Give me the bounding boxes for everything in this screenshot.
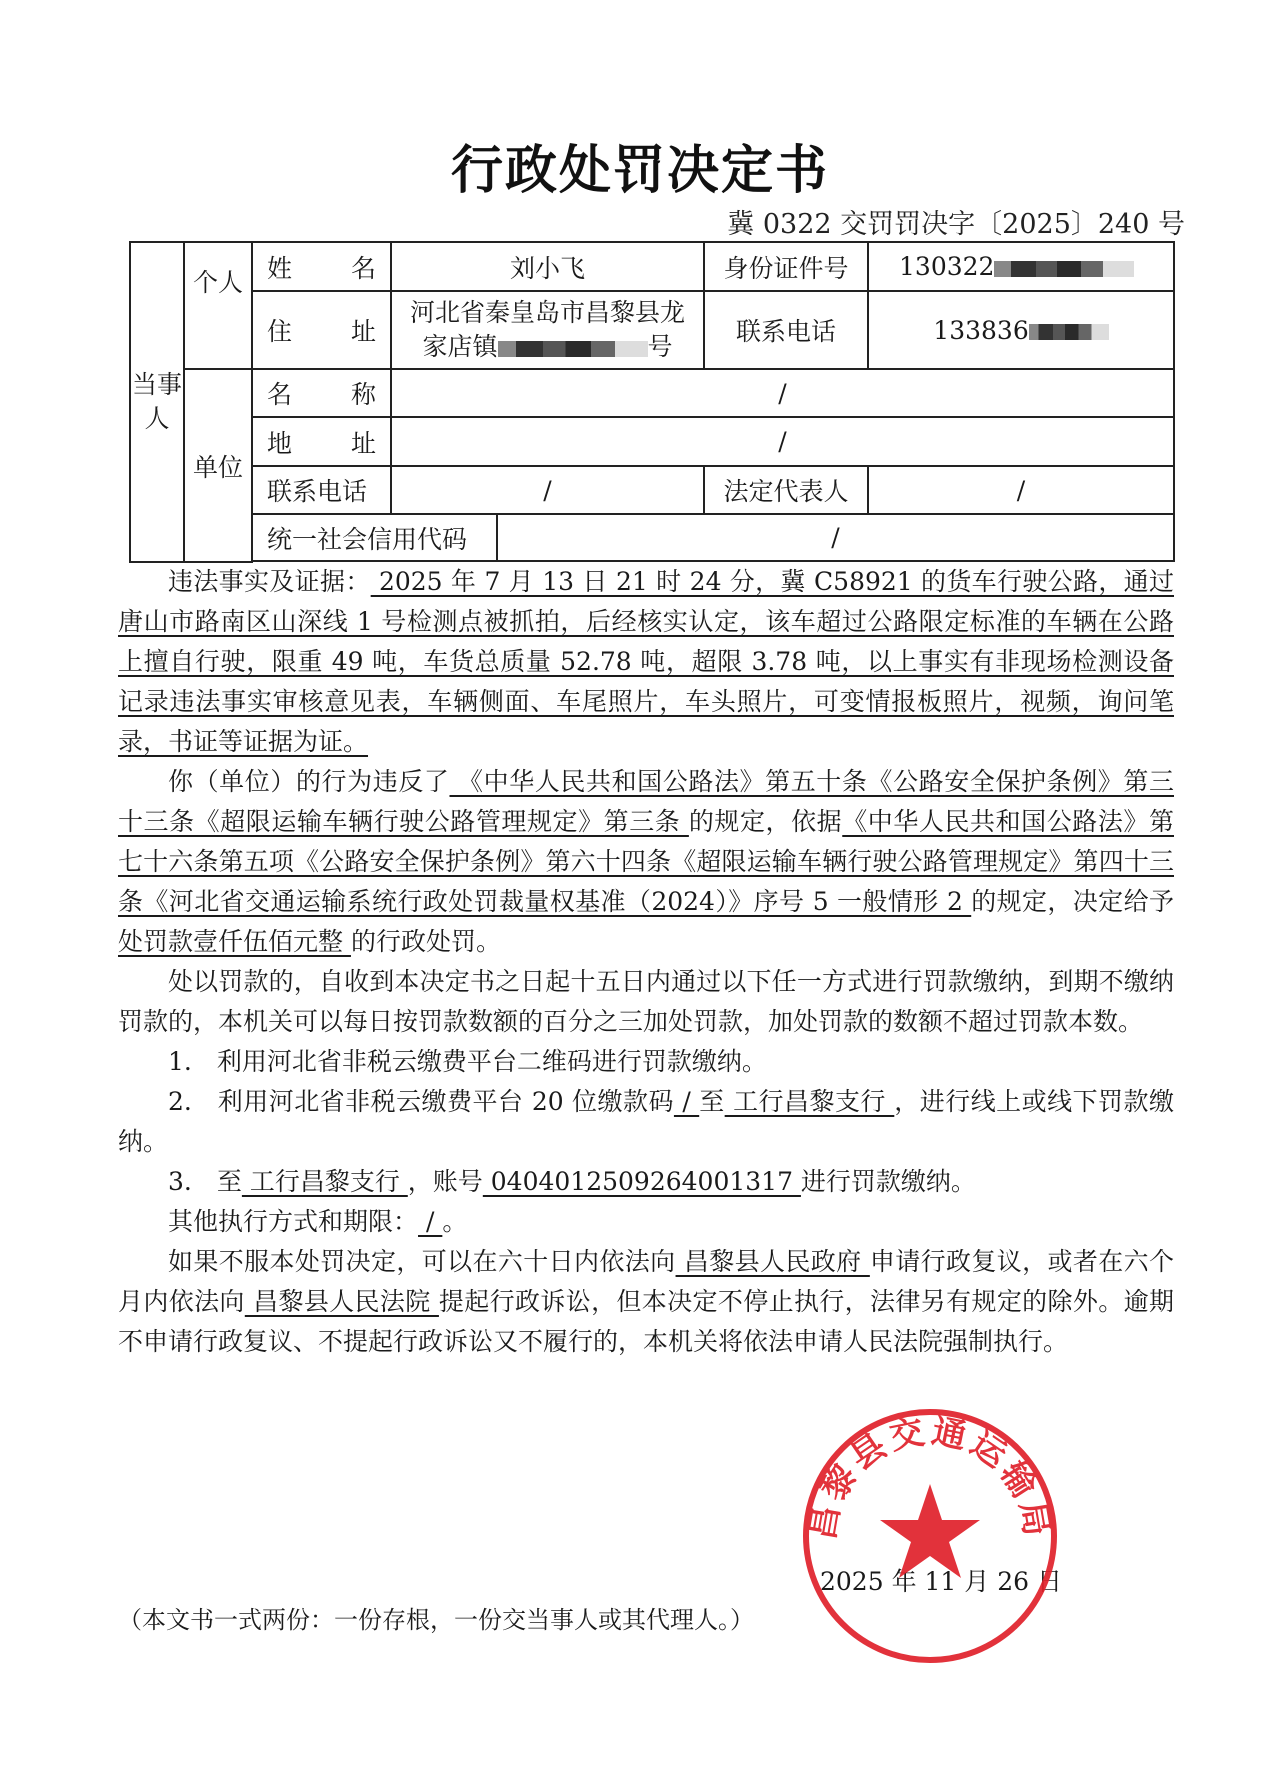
- org-name-label: 名 称: [252, 369, 391, 417]
- address-value: 河北省秦皇岛市昌黎县龙 家店镇号: [391, 291, 704, 369]
- official-seal-icon: 昌黎县交通运输局: [800, 1406, 1060, 1666]
- redaction-mask: [994, 261, 1134, 277]
- phone-value: 133836: [868, 291, 1174, 369]
- org-name-value: /: [391, 369, 1174, 417]
- redaction-mask: [1029, 324, 1109, 340]
- appeal-paragraph: 如果不服本处罚决定，可以在六十日内依法向 昌黎县人民政府 申请行政复议，或者在六…: [118, 1242, 1174, 1362]
- org-phone-label: 联系电话: [252, 466, 391, 514]
- legal-rep-value: /: [868, 466, 1174, 514]
- id-label: 身份证件号: [704, 242, 868, 291]
- phone-label: 联系电话: [704, 291, 868, 369]
- penalty-amount: 处罚款壹仟伍佰元整: [118, 927, 351, 956]
- party-label: 当事人: [130, 242, 184, 562]
- party-info-table: 当事人 个人 姓 名 刘小飞 身份证件号 130322 住 址 河北省秦皇岛市昌…: [129, 241, 1175, 563]
- document-number: 冀 0322 交罚罚决字〔2025〕240 号: [727, 202, 1185, 241]
- payment-method-2: 2. 利用河北省非税云缴费平台 20 位缴款码 / 至 工行昌黎支行 ，进行线上…: [118, 1082, 1174, 1162]
- payment-method-1: 1. 利用河北省非税云缴费平台二维码进行罚款缴纳。: [118, 1042, 1174, 1082]
- payment-method-3: 3. 至 工行昌黎支行 ，账号 0404012509264001317 进行罚款…: [118, 1162, 1174, 1202]
- legal-rep-label: 法定代表人: [704, 466, 868, 514]
- id-value: 130322: [868, 242, 1174, 291]
- payment-intro: 处以罚款的，自收到本决定书之日起十五日内通过以下任一方式进行罚款缴纳，到期不缴纳…: [118, 962, 1174, 1042]
- redaction-mask: [498, 341, 648, 357]
- facts-paragraph: 违法事实及证据： 2025 年 7 月 13 日 21 时 24 分，冀 C58…: [118, 562, 1174, 762]
- credit-code-label: 统一社会信用代码: [252, 514, 497, 561]
- bank-account: 0404012509264001317: [483, 1167, 801, 1196]
- name-label: 姓 名: [252, 242, 391, 291]
- individual-group-label: 个人: [184, 242, 252, 369]
- credit-code-value: /: [497, 514, 1174, 561]
- document-title: 行政处罚决定书: [0, 128, 1280, 203]
- footer-note: （本文书一式两份：一份存根，一份交当事人或其代理人。）: [118, 1600, 754, 1635]
- other-enforcement: 其他执行方式和期限： / 。: [118, 1202, 1174, 1242]
- org-phone-value: /: [391, 466, 704, 514]
- organization-group-label: 单位: [184, 369, 252, 562]
- name-value: 刘小飞: [391, 242, 704, 291]
- org-address-label: 地 址: [252, 417, 391, 466]
- violation-paragraph: 你（单位）的行为违反了 《中华人民共和国公路法》第五十条《公路安全保护条例》第三…: [118, 762, 1174, 962]
- address-label: 住 址: [252, 291, 391, 369]
- org-address-value: /: [391, 417, 1174, 466]
- document-body: 违法事实及证据： 2025 年 7 月 13 日 21 时 24 分，冀 C58…: [118, 562, 1174, 1362]
